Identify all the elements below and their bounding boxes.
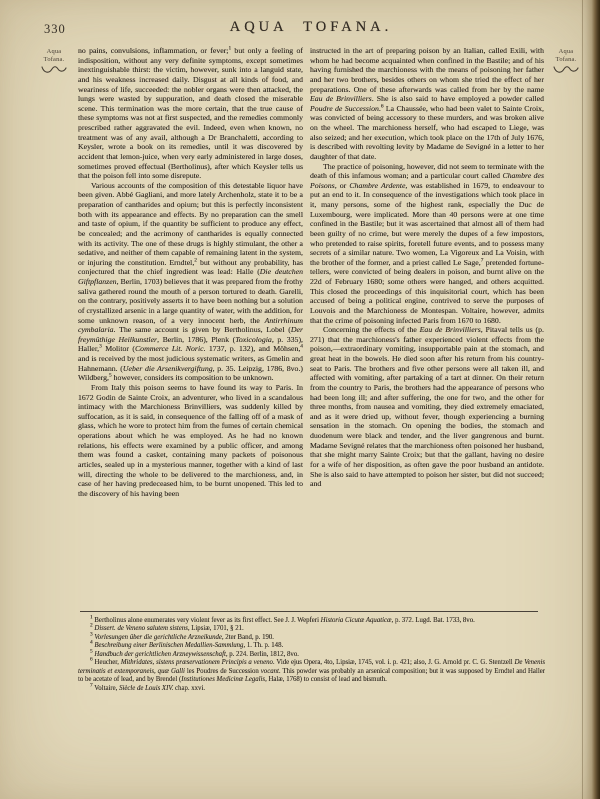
body-column-right: instructed in the art of preparing poiso… [310,46,544,609]
margin-note-line1: Aqua [545,48,587,56]
footnote-separator [80,611,538,612]
paragraph: Various accounts of the composition of t… [78,181,303,383]
page-number: 330 [44,22,66,37]
footnote: 6 Heucher, Mithridates, sistens præserva… [78,659,545,684]
paragraph: From Italy this poison seems to have fou… [78,383,303,499]
footnotes: 1 Bertholinus alone enumerates very viol… [78,617,545,693]
running-title: AQUA TOFANA. [78,19,544,36]
footnote: 2 Dissert. de Veneno salutem sistens, Li… [78,625,545,633]
paragraph: no pains, convulsions, inflammation, or … [78,46,303,181]
margin-note-line2: Tofana. [545,56,587,64]
margin-note-left: Aqua Tofana. [33,48,75,74]
flourish-icon [41,64,67,74]
paragraph: Concerning the effects of the Eau de Bri… [310,325,544,489]
margin-note-right: Aqua Tofana. [545,48,587,74]
paragraph: The practice of poisoning, however, did … [310,162,544,326]
margin-note-line2: Tofana. [33,56,75,64]
footnote: 4 Beschreibung einer Berlinischen Medall… [78,642,545,650]
body-column-left: no pains, convulsions, inflammation, or … [78,46,303,609]
book-page: 330 AQUA TOFANA. Aqua Tofana. Aqua Tofan… [0,0,600,799]
footnote: 5 Handbuch der gerichtlichen Arzneywisse… [78,651,545,659]
flourish-icon [553,64,579,74]
footnote: 7 Voltaire, Siècle de Louis XIV. chap. x… [78,685,545,693]
paragraph: instructed in the art of preparing poiso… [310,46,544,162]
margin-note-line1: Aqua [33,48,75,56]
page-edge-shadow [580,0,600,799]
